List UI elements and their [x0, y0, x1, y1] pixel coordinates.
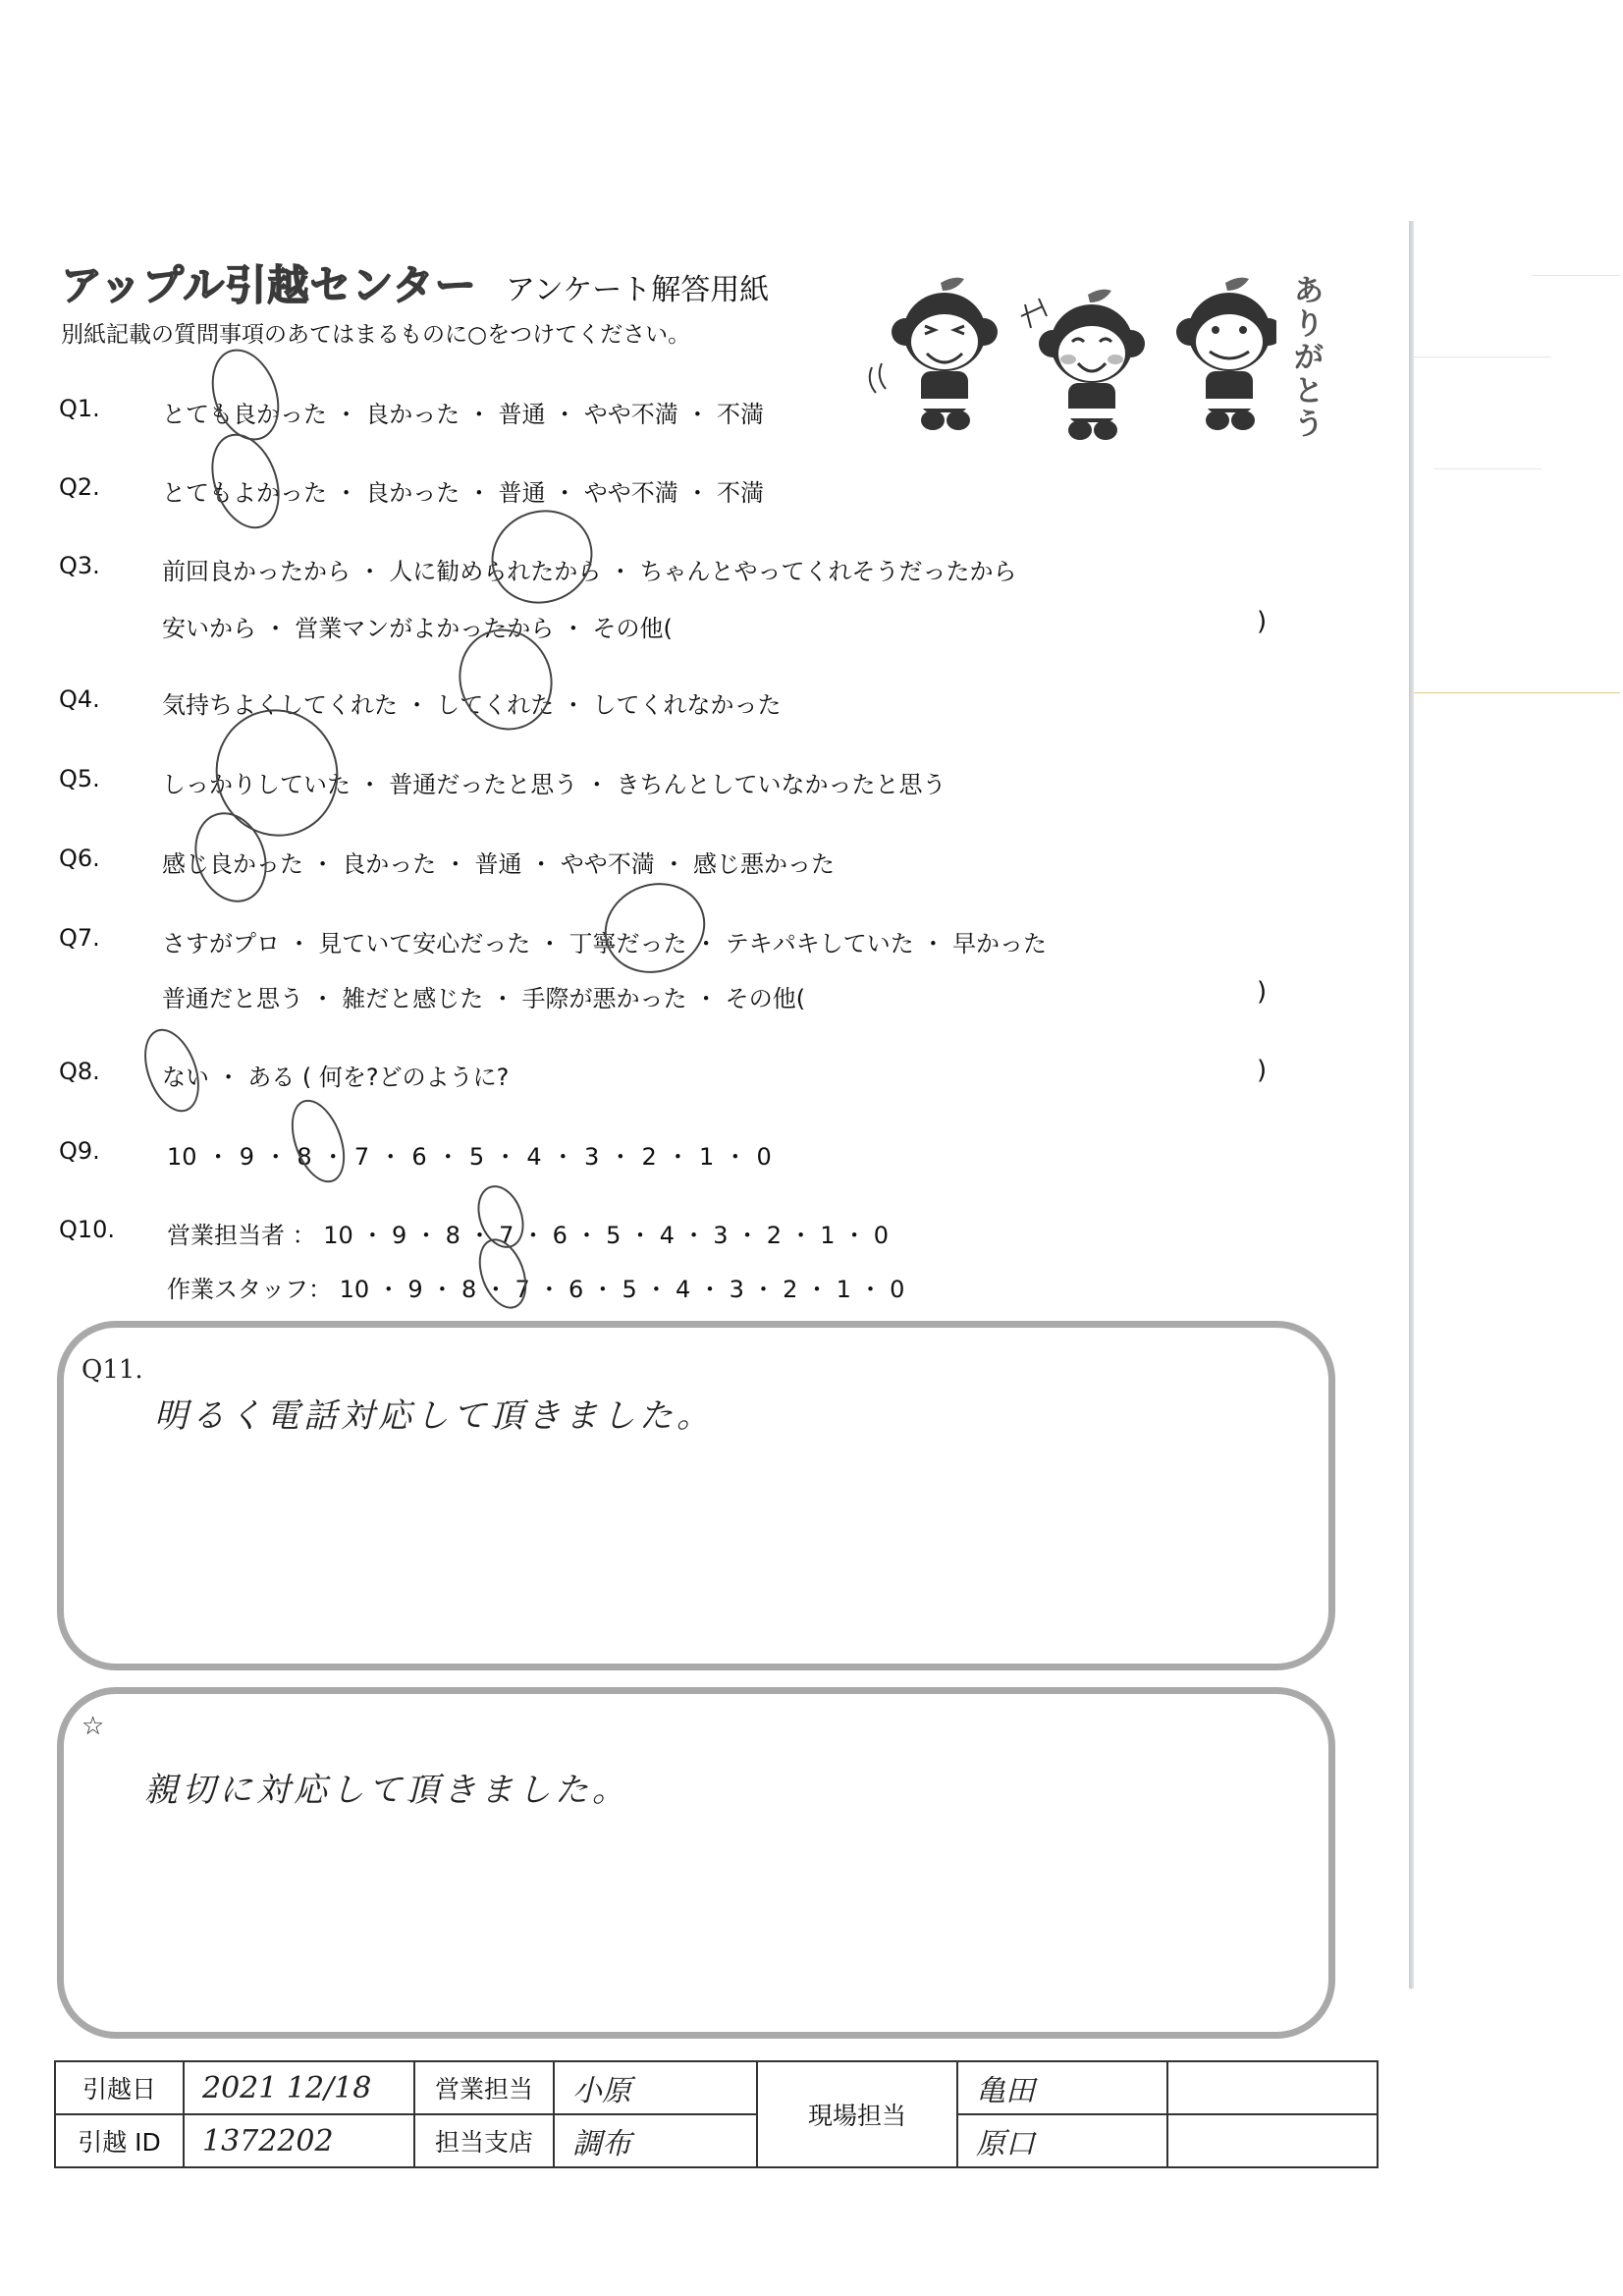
move-id-label: 引越 ID — [55, 2114, 184, 2167]
branch-label: 担当支店 — [414, 2114, 554, 2167]
q3-close-bracket: ) — [1257, 607, 1267, 636]
q11-label: Q11. — [81, 1355, 143, 1385]
q11-answer: 明るく電話対応して頂きました。 — [154, 1389, 714, 1437]
q9-label: Q9. — [59, 1137, 100, 1165]
q6-label: Q6. — [59, 845, 100, 872]
q3-options-line2[interactable]: 安いから ・ 営業マンがよかったから ・ その他( — [162, 609, 673, 643]
q9-score-options[interactable]: 10 ・ 9 ・ 8 ・ 7 ・ 6 ・ 5 ・ 4 ・ 3 ・ 2 ・ 1 ・… — [167, 1137, 772, 1172]
site-staff-3[interactable] — [1167, 2061, 1378, 2114]
q1-label: Q1. — [59, 395, 100, 422]
star-box-answer: 親切に対応して頂きました。 — [144, 1763, 629, 1811]
q8-label: Q8. — [59, 1058, 100, 1085]
monkey-mascot-group-icon — [864, 265, 1276, 442]
q7-label: Q7. — [59, 924, 100, 952]
scan-artifact-line — [1434, 468, 1542, 469]
site-staff-2[interactable]: 原口 — [957, 2114, 1167, 2167]
scan-artifact-line — [1532, 275, 1620, 276]
scan-page-edge — [1409, 221, 1414, 1989]
site-staff-1[interactable]: 亀田 — [957, 2061, 1167, 2114]
move-info-table: 引越日 2021 12/18 営業担当 小原 現場担当 亀田 引越 ID 137… — [54, 2060, 1379, 2168]
instructions: 別紙記載の質問事項のあてはまるものに○をつけてください。 — [61, 316, 690, 349]
q2-options[interactable]: とてもよかった ・ 良かった ・ 普通 ・ やや不満 ・ 不満 — [162, 473, 764, 508]
site-staff-4[interactable] — [1167, 2114, 1378, 2167]
scan-artifact-line — [1414, 692, 1620, 693]
q6-options[interactable]: 感じ良かった ・ 良かった ・ 普通 ・ やや不満 ・ 感じ悪かった — [162, 845, 835, 879]
q8-options[interactable]: ない ・ ある ( 何を?どのように? — [162, 1058, 509, 1092]
scan-artifact-line — [1414, 356, 1551, 357]
q10-label: Q10. — [59, 1216, 115, 1243]
company-title: アップル引越センター — [61, 253, 477, 312]
q11-comment-box[interactable]: Q11. 明るく電話対応して頂きました。 — [57, 1321, 1335, 1670]
star-icon: ☆ — [81, 1712, 104, 1741]
q8-close-bracket: ) — [1257, 1056, 1267, 1085]
monkey-mascot-smile-icon — [1176, 278, 1276, 430]
q1-options[interactable]: とても良かった ・ 良かった ・ 普通 ・ やや不満 ・ 不満 — [162, 395, 764, 429]
q4-options[interactable]: 気持ちよくしてくれた ・ してくれた ・ してくれなかった — [162, 685, 782, 720]
q5-label: Q5. — [59, 765, 100, 793]
monkey-mascot-wink-icon — [870, 278, 998, 430]
site-staff-label: 現場担当 — [757, 2061, 957, 2167]
q4-label: Q4. — [59, 685, 100, 713]
move-date-label: 引越日 — [55, 2061, 184, 2114]
move-date-value[interactable]: 2021 12/18 — [184, 2061, 414, 2114]
star-comment-box[interactable]: ☆ 親切に対応して頂きました。 — [57, 1687, 1335, 2039]
q7-close-bracket: ) — [1257, 977, 1267, 1007]
q3-options-line1[interactable]: 前回良かったから ・ 人に勧められたから ・ ちゃんとやってくれそうだったから — [162, 552, 1017, 586]
move-id-value[interactable]: 1372202 — [184, 2114, 414, 2167]
q7-options-line2[interactable]: 普通だと思う ・ 雑だと感じた ・ 手際が悪かった ・ その他( — [162, 979, 805, 1013]
sales-rep-value[interactable]: 小原 — [554, 2061, 757, 2114]
q10-sales-score-options[interactable]: 営業担当者 ： 10 ・ 9 ・ 8 ・ 7 ・ 6 ・ 5 ・ 4 ・ 3 ・… — [167, 1216, 889, 1250]
q2-label: Q2. — [59, 473, 100, 501]
q3-label: Q3. — [59, 552, 100, 579]
q5-options[interactable]: しっかりしていた ・ 普通だったと思う ・ きちんとしていなかったと思う — [162, 765, 947, 799]
q7-options-line1[interactable]: さすがプロ ・ 見ていて安心だった ・ 丁寧だった ・ テキパキしていた ・ 早… — [162, 924, 1047, 958]
thanks-text: ありがとう — [1294, 275, 1327, 442]
q10-staff-score-options[interactable]: 作業スタッフ： 10 ・ 9 ・ 8 ・ 7 ・ 6 ・ 5 ・ 4 ・ 3 ・… — [167, 1270, 904, 1304]
form-title: アンケート解答用紙 — [506, 265, 769, 308]
monkey-mascot-cheer-icon — [1021, 290, 1145, 440]
sales-rep-label: 営業担当 — [414, 2061, 554, 2114]
branch-value[interactable]: 調布 — [554, 2114, 757, 2167]
